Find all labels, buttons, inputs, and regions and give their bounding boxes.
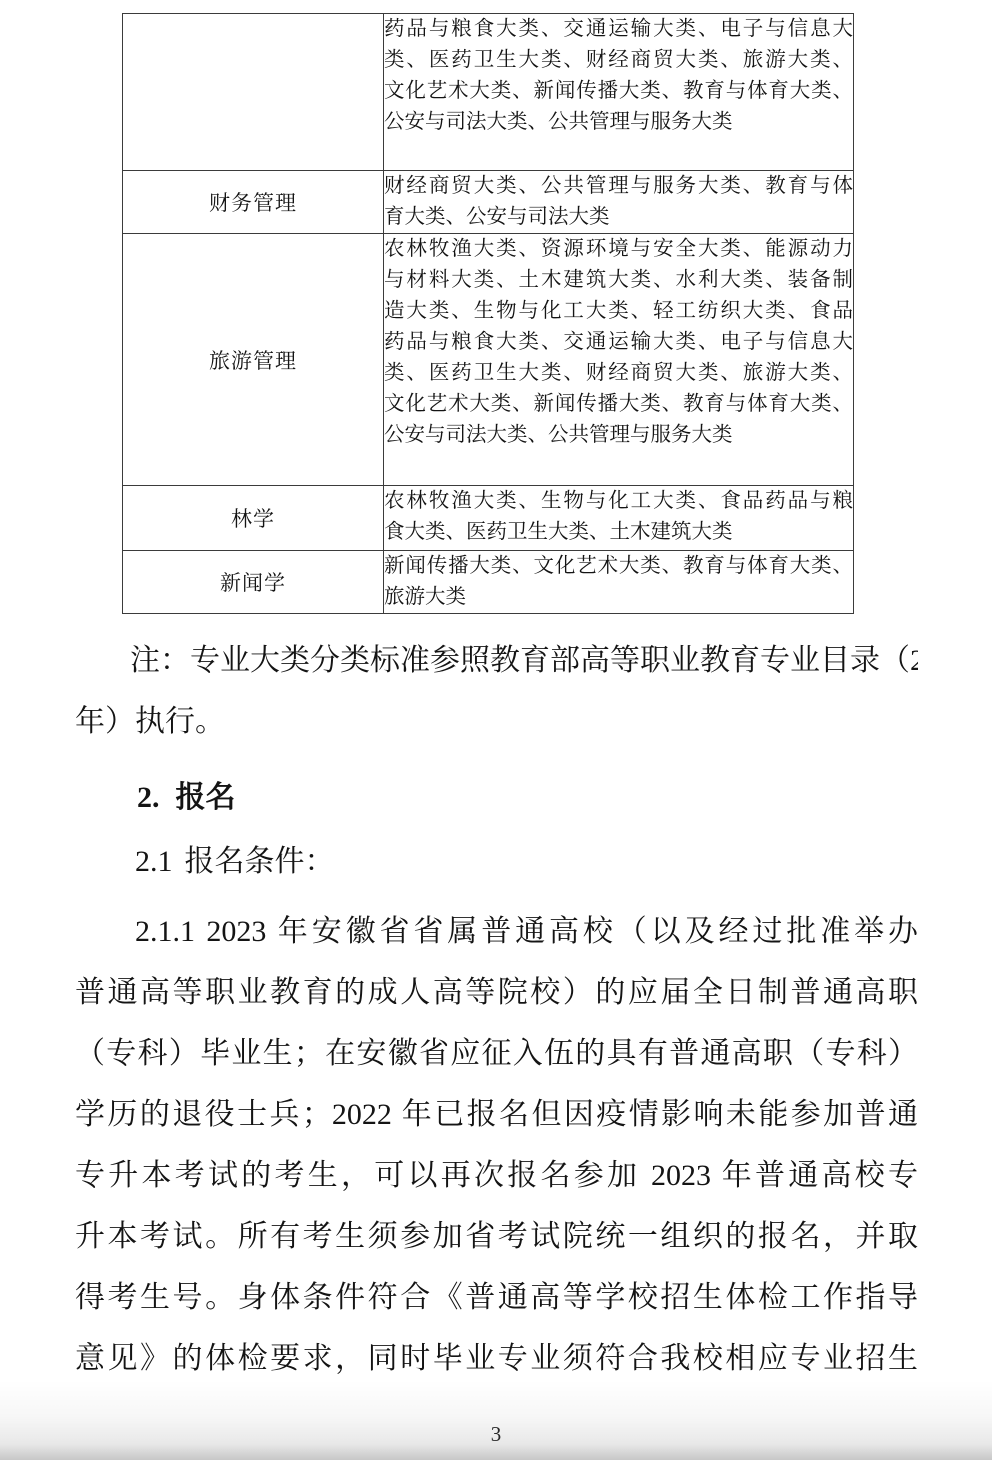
section-number: 2. (137, 781, 160, 814)
categories-cell: 新闻传播大类、文化艺术大类、教育与体育大类、旅游大类 (384, 551, 854, 614)
subsection-label: 报名条件： (185, 845, 335, 878)
note-line: 年）执行。 (75, 691, 918, 752)
category-line: 文化艺术大类、新闻传播大类、教育与体育大类、 (384, 389, 853, 420)
category-line: 育大类、公安与司法大类 (384, 202, 853, 233)
page-bottom-shadow (0, 1380, 992, 1460)
category-line: 药品与粮食大类、交通运输大类、电子与信息大 (384, 14, 853, 45)
section-heading-registration: 2.报名 (137, 774, 236, 822)
table-row: 财务管理财经商贸大类、公共管理与服务大类、教育与体育大类、公安与司法大类 (123, 171, 854, 234)
paragraph-line: （专科）毕业生；在安徽省应征入伍的具有普通高职（专科） (75, 1023, 918, 1084)
paragraph-line: 2.1.1 2023 年安徽省省属普通高校（以及经过批准举办 (75, 901, 918, 962)
note-paragraph: 注：专业大类分类标准参照教育部高等职业教育专业目录（2021 年）执行。 (75, 630, 918, 752)
category-line: 药品与粮食大类、交通运输大类、电子与信息大 (384, 327, 853, 358)
category-line: 类、医药卫生大类、财经商贸大类、旅游大类、 (384, 358, 853, 389)
category-line: 类、医药卫生大类、财经商贸大类、旅游大类、 (384, 45, 853, 76)
paragraph-line: 得考生号。身体条件符合《普通高等学校招生体检工作指导 (75, 1267, 918, 1328)
note-line: 注：专业大类分类标准参照教育部高等职业教育专业目录（2021 (75, 630, 918, 691)
document-page: 药品与粮食大类、交通运输大类、电子与信息大类、医药卫生大类、财经商贸大类、旅游大… (0, 0, 992, 1460)
major-name-cell: 新闻学 (123, 551, 384, 614)
table-row: 旅游管理农林牧渔大类、资源环境与安全大类、能源动力与材料大类、土木建筑大类、水利… (123, 234, 854, 486)
paragraph-line: 升本考试。所有考生须参加省考试院统一组织的报名，并取 (75, 1206, 918, 1267)
categories-cell: 财经商贸大类、公共管理与服务大类、教育与体育大类、公安与司法大类 (384, 171, 854, 234)
category-line: 财经商贸大类、公共管理与服务大类、教育与体 (384, 171, 853, 202)
category-line: 旅游大类 (384, 582, 853, 613)
category-line: 文化艺术大类、新闻传播大类、教育与体育大类、 (384, 76, 853, 107)
categories-cell: 药品与粮食大类、交通运输大类、电子与信息大类、医药卫生大类、财经商贸大类、旅游大… (384, 14, 854, 171)
table-row: 新闻学新闻传播大类、文化艺术大类、教育与体育大类、旅游大类 (123, 551, 854, 614)
category-line: 公安与司法大类、公共管理与服务大类 (384, 107, 853, 138)
category-line: 农林牧渔大类、资源环境与安全大类、能源动力 (384, 234, 853, 265)
paragraph-line: 意见》的体检要求，同时毕业专业须符合我校相应专业招生 (75, 1328, 918, 1389)
major-name-cell (123, 14, 384, 171)
major-name-cell: 林学 (123, 486, 384, 551)
category-line: 食大类、医药卫生大类、土木建筑大类 (384, 517, 853, 548)
paragraph-211: 2.1.1 2023 年安徽省省属普通高校（以及经过批准举办普通高等职业教育的成… (75, 901, 918, 1389)
section-label: 报名 (176, 781, 236, 814)
majors-table-body: 药品与粮食大类、交通运输大类、电子与信息大类、医药卫生大类、财经商贸大类、旅游大… (123, 14, 854, 614)
paragraph-line: 普通高等职业教育的成人高等院校）的应届全日制普通高职 (75, 962, 918, 1023)
major-name-cell: 财务管理 (123, 171, 384, 234)
categories-cell: 农林牧渔大类、生物与化工大类、食品药品与粮食大类、医药卫生大类、土木建筑大类 (384, 486, 854, 551)
table-row: 药品与粮食大类、交通运输大类、电子与信息大类、医药卫生大类、财经商贸大类、旅游大… (123, 14, 854, 171)
majors-table: 药品与粮食大类、交通运输大类、电子与信息大类、医药卫生大类、财经商贸大类、旅游大… (122, 13, 854, 614)
category-line: 造大类、生物与化工大类、轻工纺织大类、食品 (384, 296, 853, 327)
table-row: 林学农林牧渔大类、生物与化工大类、食品药品与粮食大类、医药卫生大类、土木建筑大类 (123, 486, 854, 551)
category-line: 公安与司法大类、公共管理与服务大类 (384, 420, 853, 451)
category-line: 与材料大类、土木建筑大类、水利大类、装备制 (384, 265, 853, 296)
subsection-number: 2.1 (135, 845, 173, 878)
subsection-heading-conditions: 2.1报名条件： (135, 838, 335, 886)
major-name-cell: 旅游管理 (123, 234, 384, 486)
category-line: 新闻传播大类、文化艺术大类、教育与体育大类、 (384, 551, 853, 582)
categories-cell: 农林牧渔大类、资源环境与安全大类、能源动力与材料大类、土木建筑大类、水利大类、装… (384, 234, 854, 486)
paragraph-line: 学历的退役士兵；2022 年已报名但因疫情影响未能参加普通 (75, 1084, 918, 1145)
paragraph-line: 专升本考试的考生，可以再次报名参加 2023 年普通高校专 (75, 1145, 918, 1206)
page-number: 3 (0, 1422, 992, 1447)
category-line: 农林牧渔大类、生物与化工大类、食品药品与粮 (384, 486, 853, 517)
